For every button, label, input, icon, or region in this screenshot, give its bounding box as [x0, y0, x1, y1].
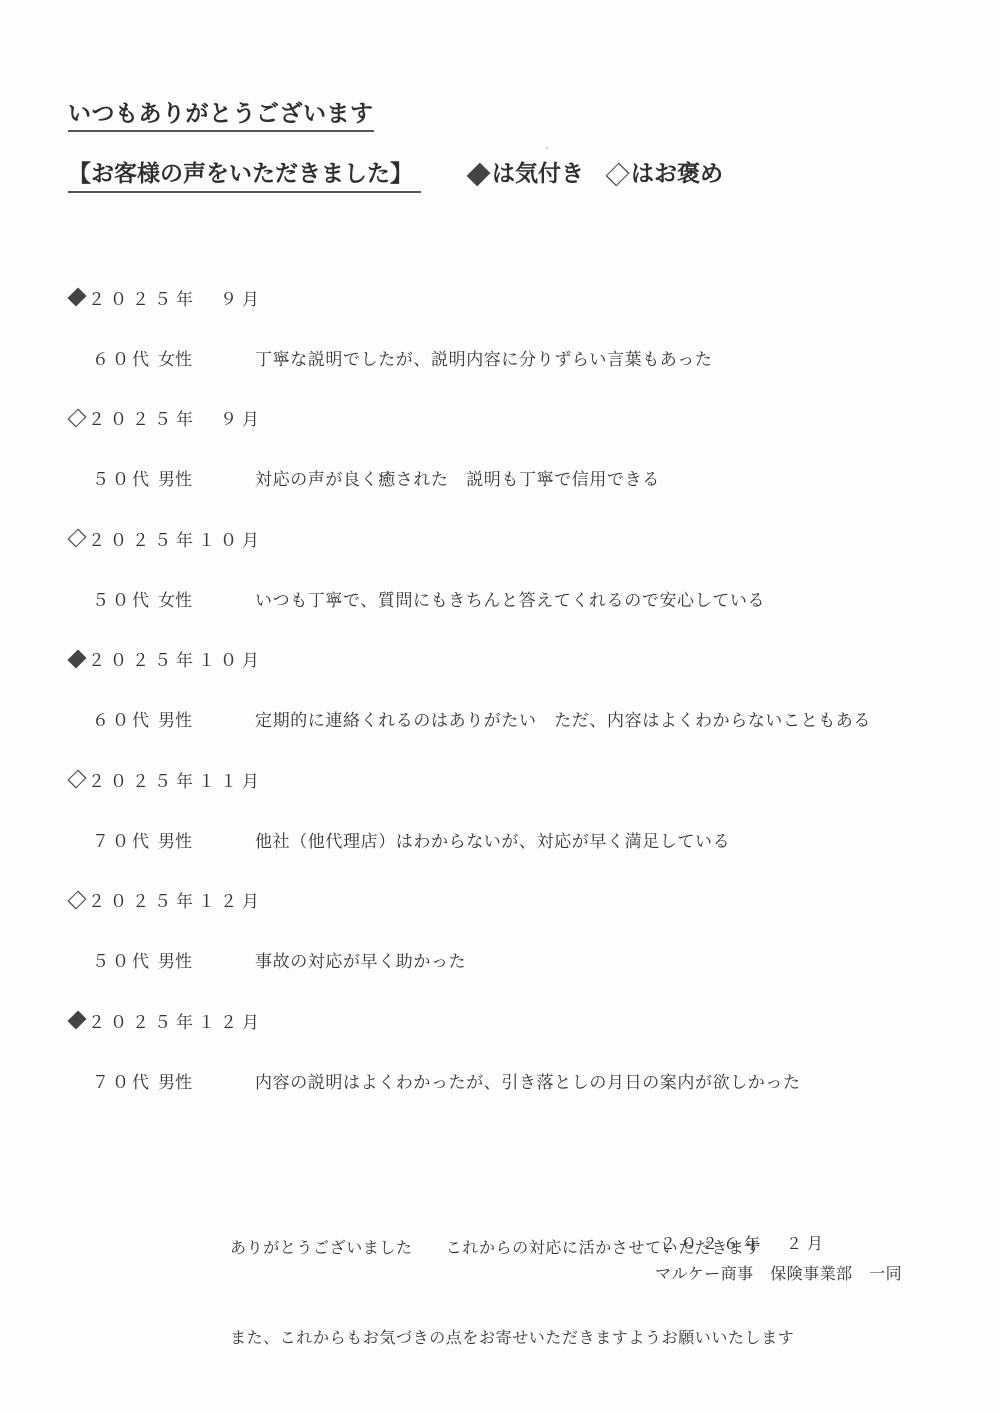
- list-item: ２０２５年１０月 ６０代 男性 定期的に連絡くれるのはありがたい ただ、内容はよ…: [0, 648, 1000, 769]
- list-item: ２０２５年１２月 ７０代 男性 内容の説明はよくわかったが、引き落としの月日の案…: [0, 1009, 1000, 1130]
- list-item: ２０２５年１０月 ５０代 女性 いつも丁寧で、質問にもきちんと答えてくれるので安…: [0, 527, 1000, 648]
- list-item: ２０２５年１２月 ５０代 男性 事故の対応が早く助かった: [0, 889, 1000, 1010]
- list-item: ２０２５年 ９月 ６０代 女性 丁寧な説明でしたが、説明内容に分りずらい言葉もあ…: [0, 286, 1000, 407]
- entry-age: ５０代: [92, 465, 158, 490]
- entry-detail: ６０代 男性 定期的に連絡くれるのはありがたい ただ、内容はよくわからないことも…: [92, 708, 871, 730]
- legend-praise: はお褒め: [606, 160, 723, 188]
- hollow-diamond-icon: [606, 162, 630, 186]
- list-item: ２０２５年１１月 ７０代 男性 他社（他代理店）はわからないが、対応が早く満足し…: [0, 768, 1000, 889]
- feedback-list: ２０２５年 ９月 ６０代 女性 丁寧な説明でしたが、説明内容に分りずらい言葉もあ…: [0, 286, 1000, 1130]
- issue-date: ２０２６年 ２月: [660, 1233, 828, 1255]
- legend-praise-label: はお褒め: [631, 160, 723, 188]
- entry-date-text: ２０２５年１２月: [88, 1008, 264, 1033]
- hollow-diamond-icon: [67, 890, 86, 909]
- entry-comment: 内容の説明はよくわかったが、引き落としの月日の案内が欲しかった: [255, 1068, 801, 1093]
- entry-age: ６０代: [92, 706, 158, 731]
- entry-comment: 他社（他代理店）はわからないが、対応が早く満足している: [255, 827, 730, 852]
- entry-age: ７０代: [92, 1068, 158, 1093]
- entry-gender: 男性: [158, 827, 255, 852]
- entry-date-text: ２０２５年１０月: [88, 526, 264, 551]
- entry-date: ２０２５年 ９月: [68, 407, 264, 429]
- entry-detail: ５０代 男性 対応の声が良く癒された 説明も丁寧で信用できる: [92, 467, 660, 489]
- symbol-legend: は気付き はお褒め: [467, 160, 723, 188]
- entry-age: ５０代: [92, 947, 158, 972]
- legend-feedback-label: は気付き: [492, 160, 584, 188]
- entry-age: ５０代: [92, 586, 158, 611]
- entry-date: ２０２５年１２月: [68, 1009, 264, 1031]
- entry-gender: 女性: [158, 345, 255, 370]
- entry-detail: ５０代 女性 いつも丁寧で、質問にもきちんと答えてくれるので安心している: [92, 587, 765, 609]
- filled-diamond-icon: [67, 287, 86, 306]
- entry-date-text: ２０２５年１１月: [88, 767, 264, 792]
- entry-detail: ７０代 男性 他社（他代理店）はわからないが、対応が早く満足している: [92, 828, 730, 850]
- entry-gender: 女性: [158, 586, 255, 611]
- entry-date: ２０２５年１０月: [68, 527, 264, 549]
- list-item: ２０２５年 ９月 ５０代 男性 対応の声が良く癒された 説明も丁寧で信用できる: [0, 407, 1000, 528]
- entry-date: ２０２５年 ９月: [68, 286, 264, 308]
- entry-date: ２０２５年１２月: [68, 889, 264, 911]
- entry-comment: 丁寧な説明でしたが、説明内容に分りずらい言葉もあった: [255, 345, 712, 370]
- closing-message: ありがとうございました これからの対応に活かさせていただきます また、これからも…: [230, 1173, 794, 1413]
- entry-comment: 事故の対応が早く助かった: [255, 947, 466, 972]
- entry-comment: 定期的に連絡くれるのはありがたい ただ、内容はよくわからないこともある: [255, 706, 871, 731]
- entry-detail: ６０代 女性 丁寧な説明でしたが、説明内容に分りずらい言葉もあった: [92, 346, 712, 368]
- entry-detail: ７０代 男性 内容の説明はよくわかったが、引き落としの月日の案内が欲しかった: [92, 1069, 801, 1091]
- filled-diamond-icon: [467, 162, 491, 186]
- entry-detail: ５０代 男性 事故の対応が早く助かった: [92, 949, 466, 971]
- entry-date-text: ２０２５年 ９月: [88, 405, 264, 430]
- greeting-heading: いつもありがとうございます: [68, 100, 374, 132]
- signature: マルケー商事 保険事業部 一同: [655, 1263, 902, 1285]
- document-page: いつもありがとうございます 【お客様の声をいただきました】 は気付き はお褒め …: [0, 0, 1000, 1414]
- entry-date-text: ２０２５年 ９月: [88, 285, 264, 310]
- entry-gender: 男性: [158, 947, 255, 972]
- entry-comment: いつも丁寧で、質問にもきちんと答えてくれるので安心している: [255, 586, 765, 611]
- filled-diamond-icon: [67, 649, 86, 668]
- entry-date-text: ２０２５年１２月: [88, 887, 264, 912]
- entry-age: ７０代: [92, 827, 158, 852]
- entry-date: ２０２５年１１月: [68, 768, 264, 790]
- entry-gender: 男性: [158, 706, 255, 731]
- scan-speck: [546, 147, 548, 149]
- entry-date-text: ２０２５年１０月: [88, 646, 264, 671]
- legend-feedback: は気付き: [467, 160, 584, 188]
- filled-diamond-icon: [67, 1010, 86, 1029]
- hollow-diamond-icon: [67, 408, 86, 427]
- hollow-diamond-icon: [67, 528, 86, 547]
- entry-gender: 男性: [158, 465, 255, 490]
- entry-date: ２０２５年１０月: [68, 648, 264, 670]
- entry-gender: 男性: [158, 1068, 255, 1093]
- entry-comment: 対応の声が良く癒された 説明も丁寧で信用できる: [255, 465, 660, 490]
- page-title: 【お客様の声をいただきました】: [68, 160, 421, 193]
- entry-age: ６０代: [92, 345, 158, 370]
- closing-line-2: また、これからもお気づきの点をお寄せいただきますようお願いいたします: [230, 1323, 794, 1353]
- hollow-diamond-icon: [67, 769, 86, 788]
